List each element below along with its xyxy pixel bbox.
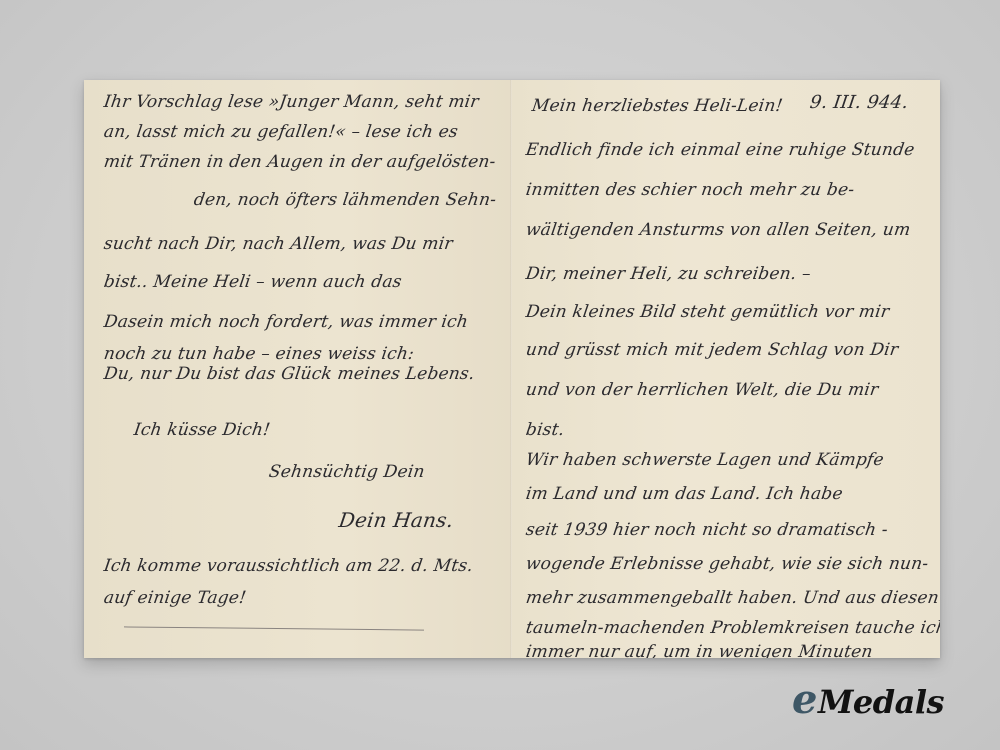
handwritten-line: Dein kleines Bild steht gemütlich vor mi… (525, 302, 891, 322)
emedals-logo: e Medals (792, 676, 944, 723)
signature: Dein Hans. (337, 508, 455, 532)
handwritten-line: sucht nach Dir, nach Allem, was Du mir (103, 234, 454, 254)
postscript-line: Ich komme voraussichtlich am 22. d. Mts. (103, 556, 475, 576)
handwritten-line: Ihr Vorschlag lese »Junger Mann, seht mi… (103, 92, 481, 112)
handwritten-line: wältigenden Ansturms von allen Seiten, u… (525, 220, 912, 240)
handwritten-line: und grüsst mich mit jedem Schlag von Dir (525, 340, 900, 360)
handwritten-line: im Land und um das Land. Ich habe (525, 484, 845, 504)
handwritten-line: und von der herrlichen Welt, die Du mir (525, 380, 880, 400)
handwritten-line: bist. (525, 420, 566, 440)
handwritten-line: bist.. Meine Heli – wenn auch das (103, 272, 403, 292)
underline-rule (124, 626, 424, 630)
handwritten-line: Dasein mich noch fordert, was immer ich (103, 312, 470, 332)
handwritten-line: mit Tränen in den Augen in der aufgelöst… (103, 152, 497, 172)
logo-prefix: e (792, 676, 817, 723)
handwritten-line: an, lasst mich zu gefallen!« – lese ich … (103, 122, 460, 142)
handwritten-line: mehr zusammengeballt haben. Und aus dies… (525, 588, 940, 608)
handwritten-line: seit 1939 hier noch nicht so dramatisch … (525, 520, 890, 540)
closing-line: Ich küsse Dich! (133, 420, 272, 440)
handwritten-line: den, noch öfters lähmenden Sehn- (193, 190, 498, 210)
postscript-line: auf einige Tage! (103, 588, 248, 608)
handwritten-line: Endlich finde ich einmal eine ruhige Stu… (525, 140, 916, 160)
letter-left-page: Ihr Vorschlag lese »Junger Mann, seht mi… (84, 80, 512, 658)
closing-line: Sehnsüchtig Dein (268, 462, 426, 482)
handwritten-line: Dir, meiner Heli, zu schreiben. – (525, 264, 813, 284)
logo-name: Medals (818, 683, 944, 721)
handwritten-line: Wir haben schwerste Lagen und Kämpfe (525, 450, 886, 470)
letter-right-page: Mein herzliebstes Heli-Lein! 9. III. 944… (512, 80, 940, 658)
handwritten-line: taumeln-machenden Problemkreisen tauche … (525, 618, 940, 638)
letter-date: 9. III. 944. (809, 92, 910, 113)
handwritten-line: immer nur auf, um in wenigen Minuten (525, 642, 874, 658)
handwritten-line: inmitten des schier noch mehr zu be- (525, 180, 856, 200)
salutation: Mein herzliebstes Heli-Lein! (531, 96, 784, 116)
handwritten-line: noch zu tun habe – eines weiss ich: (103, 344, 416, 364)
letter-sheet: Ihr Vorschlag lese »Junger Mann, seht mi… (84, 80, 940, 658)
handwritten-line: Du, nur Du bist das Glück meines Lebens. (103, 364, 476, 384)
handwritten-line: wogende Erlebnisse gehabt, wie sie sich … (525, 554, 930, 574)
